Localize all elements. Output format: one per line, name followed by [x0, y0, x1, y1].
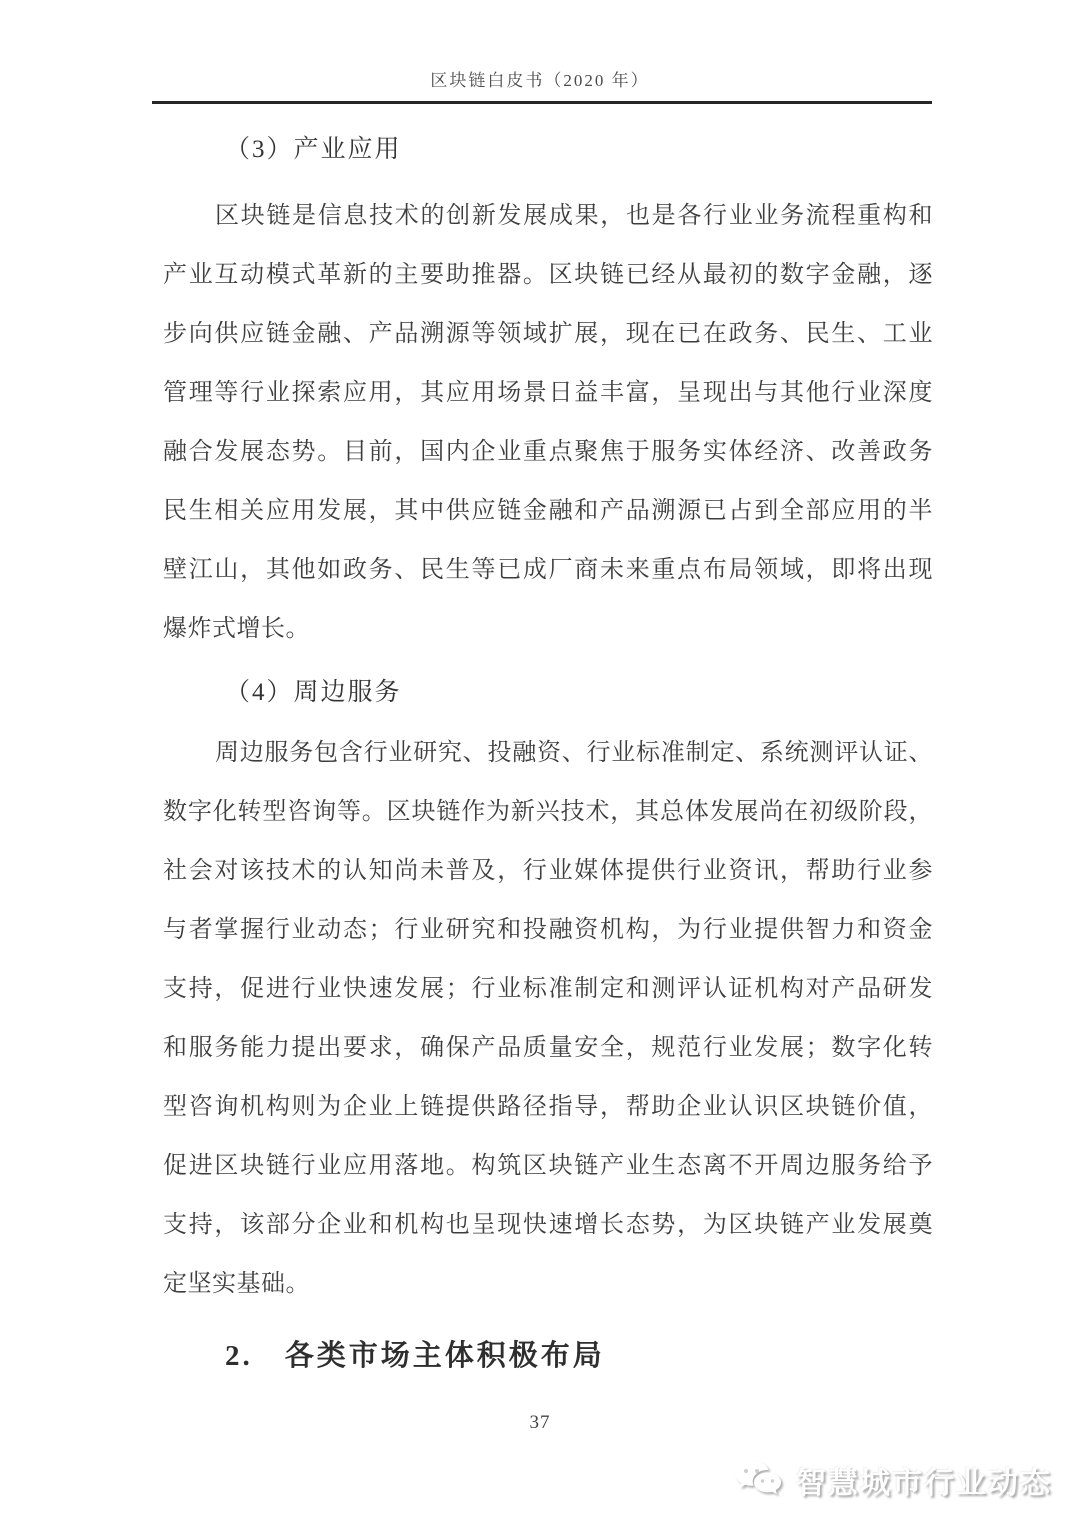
body-text-line: 产业互动模式革新的主要助推器。区块链已经从最初的数字金融，逐 [163, 246, 933, 305]
body-text-line: 与者掌握行业动态；行业研究和投融资机构，为行业提供智力和资金 [163, 901, 933, 960]
header-divider [152, 101, 932, 104]
body-text-line: 民生相关应用发展，其中供应链金融和产品溯源已占到全部应用的半 [163, 482, 933, 541]
page-header-title: 区块链白皮书（2020 年） [0, 0, 1080, 91]
page-content: （3）产业应用 区块链是信息技术的创新发展成果，也是各行业业务流程重构和 产业互… [163, 120, 933, 1384]
subsection-heading-2: 2. 各类市场主体积极布局 [163, 1328, 933, 1384]
section-heading-4: （4）周边服务 [163, 663, 933, 722]
watermark-label: 智慧城市行业动态 [796, 1458, 1052, 1502]
watermark: 智慧城市行业动态 [733, 1458, 1052, 1502]
body-text-line: 壁江山，其他如政务、民生等已成厂商未来重点布局领域，即将出现 [163, 541, 933, 600]
body-text-line: 爆炸式增长。 [163, 600, 933, 659]
body-text-line: 数字化转型咨询等。区块链作为新兴技术，其总体发展尚在初级阶段， [163, 783, 933, 842]
paragraph-industry-application: 区块链是信息技术的创新发展成果，也是各行业业务流程重构和 产业互动模式革新的主要… [163, 187, 933, 659]
body-text-line: 融合发展态势。目前，国内企业重点聚焦于服务实体经济、改善政务 [163, 423, 933, 482]
body-text-line: 周边服务包含行业研究、投融资、行业标准制定、系统测评认证、 [163, 724, 933, 783]
page-number: 37 [0, 1412, 1080, 1434]
body-text-line: 社会对该技术的认知尚未普及，行业媒体提供行业资讯，帮助行业参 [163, 842, 933, 901]
body-text-line: 型咨询机构则为企业上链提供路径指导，帮助企业认识区块链价值， [163, 1078, 933, 1137]
document-page: 区块链白皮书（2020 年） （3）产业应用 区块链是信息技术的创新发展成果，也… [0, 0, 1080, 1528]
body-text-line: 区块链是信息技术的创新发展成果，也是各行业业务流程重构和 [163, 187, 933, 246]
body-text-line: 支持，促进行业快速发展；行业标准制定和测评认证机构对产品研发 [163, 960, 933, 1019]
section-heading-3: （3）产业应用 [163, 120, 933, 179]
body-text-line: 定坚实基础。 [163, 1255, 933, 1314]
wechat-icon [733, 1458, 787, 1502]
body-text-line: 管理等行业探索应用，其应用场景日益丰富，呈现出与其他行业深度 [163, 364, 933, 423]
paragraph-peripheral-services: 周边服务包含行业研究、投融资、行业标准制定、系统测评认证、 数字化转型咨询等。区… [163, 724, 933, 1314]
body-text-line: 步向供应链金融、产品溯源等领域扩展，现在已在政务、民生、工业 [163, 305, 933, 364]
body-text-line: 支持，该部分企业和机构也呈现快速增长态势，为区块链产业发展奠 [163, 1196, 933, 1255]
body-text-line: 和服务能力提出要求，确保产品质量安全，规范行业发展；数字化转 [163, 1019, 933, 1078]
body-text-line: 促进区块链行业应用落地。构筑区块链产业生态离不开周边服务给予 [163, 1137, 933, 1196]
